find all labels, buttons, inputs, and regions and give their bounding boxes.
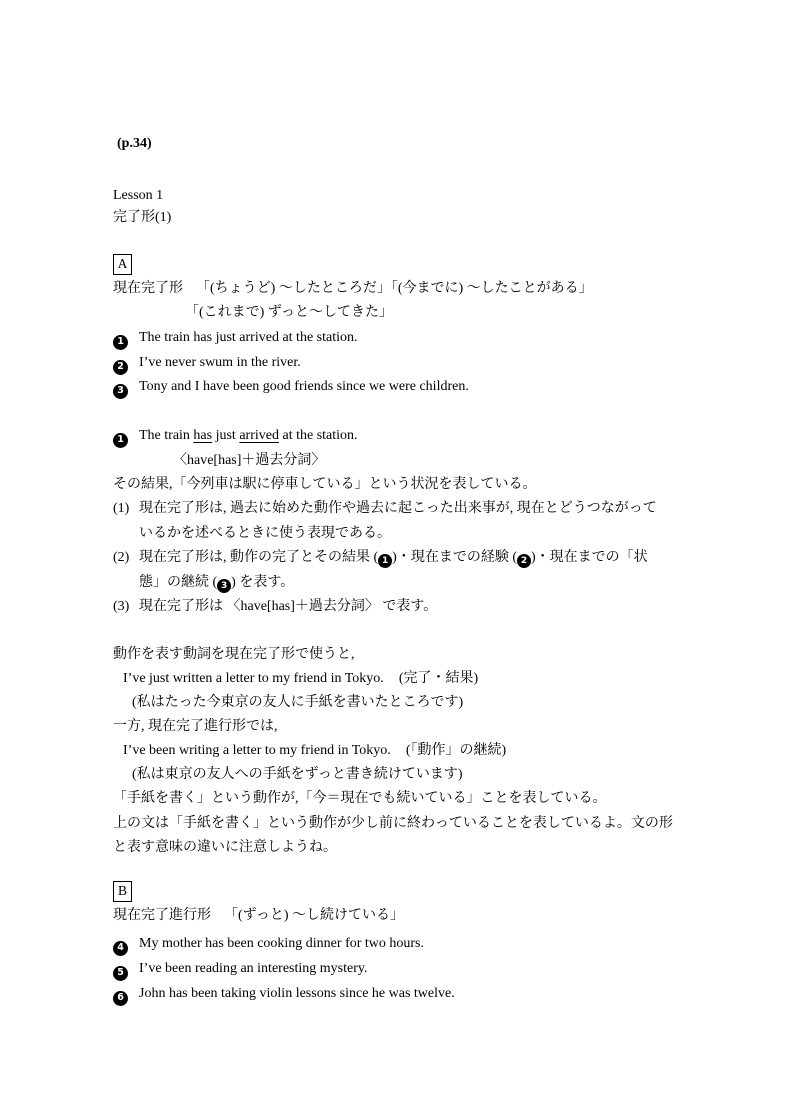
point-2-marker: (2) bbox=[113, 548, 139, 568]
section-b-gloss: 「(ずっと) ～し続けている」 bbox=[224, 908, 404, 923]
point-2-segment: ) を表す。 bbox=[231, 575, 294, 590]
example-6-text: John has been taking violin lessons sinc… bbox=[139, 986, 455, 1001]
example-5-text: I’ve been reading an interesting mystery… bbox=[139, 961, 367, 976]
example-4-number-badge: 4 bbox=[113, 941, 128, 956]
example-4-text: My mother has been cooking dinner for tw… bbox=[139, 936, 424, 951]
point-3-text: 現在完了形は 〈have[has]＋過去分詞〉 で表す。 bbox=[139, 599, 437, 614]
point-2-segment: 態」の継続 ( bbox=[139, 575, 217, 590]
point-3-line: (3)現在完了形は 〈have[has]＋過去分詞〉 で表す。 bbox=[113, 597, 437, 617]
sentence-segment: The train bbox=[139, 428, 193, 443]
section-b-term: 現在完了進行形 bbox=[113, 908, 211, 923]
comparison-example-2-japanese: (私は東京の友人への手紙をずっと書き続けています) bbox=[132, 765, 462, 785]
section-a-label: A bbox=[113, 254, 132, 275]
inline-badge-1: 1 bbox=[378, 554, 392, 568]
form-notation: 〈have[has]＋過去分詞〉 bbox=[173, 451, 325, 471]
comparison-intro-1: 動作を表す動詞を現在完了形で使うと, bbox=[113, 645, 355, 665]
explained-example-1-badge: 1 bbox=[113, 433, 128, 448]
section-a-heading: 現在完了形「(ちょうど) ～したところだ」「(今までに) ～したことがある」 bbox=[113, 279, 593, 299]
page-reference: (p.34) bbox=[117, 134, 152, 154]
comparison-example-2-note: (「動作」の継続) bbox=[406, 743, 506, 758]
example-1-text: The train has just arrived at the statio… bbox=[139, 330, 358, 345]
section-a-letter: A bbox=[113, 254, 132, 275]
explained-example-1: 1The train has just arrived at the stati… bbox=[113, 426, 358, 448]
section-a-term: 現在完了形 bbox=[113, 281, 183, 296]
example-1-number-badge: 1 bbox=[113, 335, 128, 350]
document-page: (p.34) Lesson 1 完了形(1) A 現在完了形「(ちょうど) ～し… bbox=[0, 0, 790, 1117]
point-1-text: 現在完了形は, 過去に始めた動作や過去に起こった出来事が, 現在とどうつながって bbox=[139, 501, 657, 516]
section-b-heading: 現在完了進行形「(ずっと) ～し続けている」 bbox=[113, 906, 404, 926]
point-1-line-2: いるかを述べるときに使う表現である。 bbox=[139, 524, 391, 544]
point-2-line-1: (2)現在完了形は, 動作の完了とその結果 (1)・現在までの経験 (2)・現在… bbox=[113, 548, 648, 568]
example-item-3: 3Tony and I have been good friends since… bbox=[113, 377, 469, 399]
point-1-line-1: (1)現在完了形は, 過去に始めた動作や過去に起こった出来事が, 現在とどうつな… bbox=[113, 499, 657, 519]
point-1-marker: (1) bbox=[113, 499, 139, 519]
example-6-number-badge: 6 bbox=[113, 991, 128, 1006]
comparison-example-1: I’ve just written a letter to my friend … bbox=[123, 669, 478, 689]
inline-badge-2: 2 bbox=[517, 554, 531, 568]
example-item-2: 2I’ve never swum in the river. bbox=[113, 353, 301, 375]
example-item-1: 1The train has just arrived at the stati… bbox=[113, 328, 358, 350]
point-2-segment: )・現在までの「状 bbox=[531, 550, 648, 565]
section-a-gloss-line1: 「(ちょうど) ～したところだ」「(今までに) ～したことがある」 bbox=[196, 281, 593, 296]
comparison-example-1-note: (完了・結果) bbox=[399, 671, 478, 686]
example-item-6: 6John has been taking violin lessons sin… bbox=[113, 984, 455, 1006]
comparison-note-2-line-2: と表す意味の違いに注意しようね。 bbox=[113, 838, 337, 858]
comparison-note-2-line-1: 上の文は「手紙を書く」という動作が少し前に終わっていることを表しているよ。文の形 bbox=[113, 814, 673, 834]
section-b-letter: B bbox=[113, 881, 132, 902]
section-b-label: B bbox=[113, 881, 132, 902]
sentence-segment: at the station. bbox=[279, 428, 358, 443]
result-note: その結果,「今列車は駅に停車している」という状況を表している。 bbox=[113, 475, 537, 495]
sentence-segment: just bbox=[212, 428, 239, 443]
example-3-text: Tony and I have been good friends since … bbox=[139, 379, 469, 394]
example-item-4: 4My mother has been cooking dinner for t… bbox=[113, 934, 424, 956]
point-2-segment: )・現在までの経験 ( bbox=[392, 550, 517, 565]
example-item-5: 5I’ve been reading an interesting myster… bbox=[113, 959, 367, 981]
inline-badge-3: 3 bbox=[217, 579, 231, 593]
comparison-example-1-japanese: (私はたった今東京の友人に手紙を書いたところです) bbox=[132, 693, 463, 713]
comparison-intro-2: 一方, 現在完了進行形では, bbox=[113, 717, 278, 737]
comparison-example-2-english: I’ve been writing a letter to my friend … bbox=[123, 743, 391, 758]
comparison-example-1-english: I’ve just written a letter to my friend … bbox=[123, 671, 384, 686]
point-3-marker: (3) bbox=[113, 597, 139, 617]
comparison-example-2: I’ve been writing a letter to my friend … bbox=[123, 741, 506, 761]
section-a-gloss-line2: 「(これまで) ずっと～してきた」 bbox=[185, 303, 393, 323]
underlined-word-arrived: arrived bbox=[239, 428, 279, 443]
example-2-number-badge: 2 bbox=[113, 360, 128, 375]
point-2-segment: 現在完了形は, 動作の完了とその結果 ( bbox=[139, 550, 378, 565]
example-3-number-badge: 3 bbox=[113, 384, 128, 399]
example-2-text: I’ve never swum in the river. bbox=[139, 355, 301, 370]
example-5-number-badge: 5 bbox=[113, 966, 128, 981]
point-2-line-2: 態」の継続 (3) を表す。 bbox=[139, 573, 294, 593]
lesson-title: Lesson 1 bbox=[113, 186, 163, 206]
lesson-subtitle: 完了形(1) bbox=[113, 208, 171, 228]
underlined-word-has: has bbox=[193, 428, 212, 443]
comparison-note-1: 「手紙を書く」という動作が,「今＝現在でも続いている」ことを表している。 bbox=[113, 789, 607, 809]
